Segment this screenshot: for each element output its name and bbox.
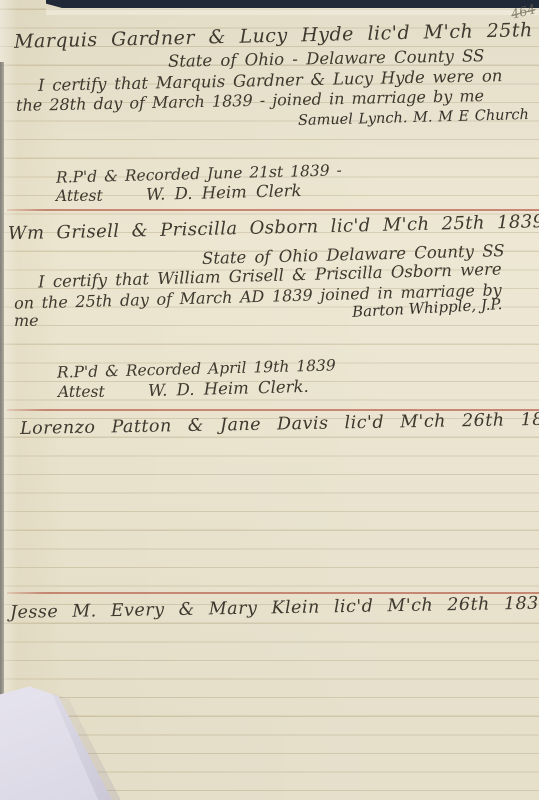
attest-label: Attest (56, 189, 103, 205)
gutter-shadow-edge (0, 62, 4, 698)
attest-label: Attest (58, 385, 105, 401)
entry-title: Lorenzo Patton & Jane Davis lic'd M'ch 2… (20, 411, 539, 438)
entry-title: Jesse M. Every & Mary Klein lic'd M'ch 2… (10, 595, 539, 622)
ledger-page: 464 Marquis Gardner & Lucy Hyde lic'd M'… (0, 0, 539, 800)
red-divider (7, 592, 539, 594)
officiant-signature: Samuel Lynch. M. M E Church (298, 108, 529, 129)
clerk-signature: W. D. Heim Clerk (146, 183, 302, 204)
book-binding-edge (46, 0, 539, 8)
entry-title: Wm Grisell & Priscilla Osborn lic'd M'ch… (8, 213, 539, 244)
page-top-highlight (46, 8, 539, 15)
clerk-signature: W. D. Heim Clerk. (148, 379, 309, 400)
red-divider (7, 209, 539, 211)
certify-line: me (14, 313, 39, 329)
